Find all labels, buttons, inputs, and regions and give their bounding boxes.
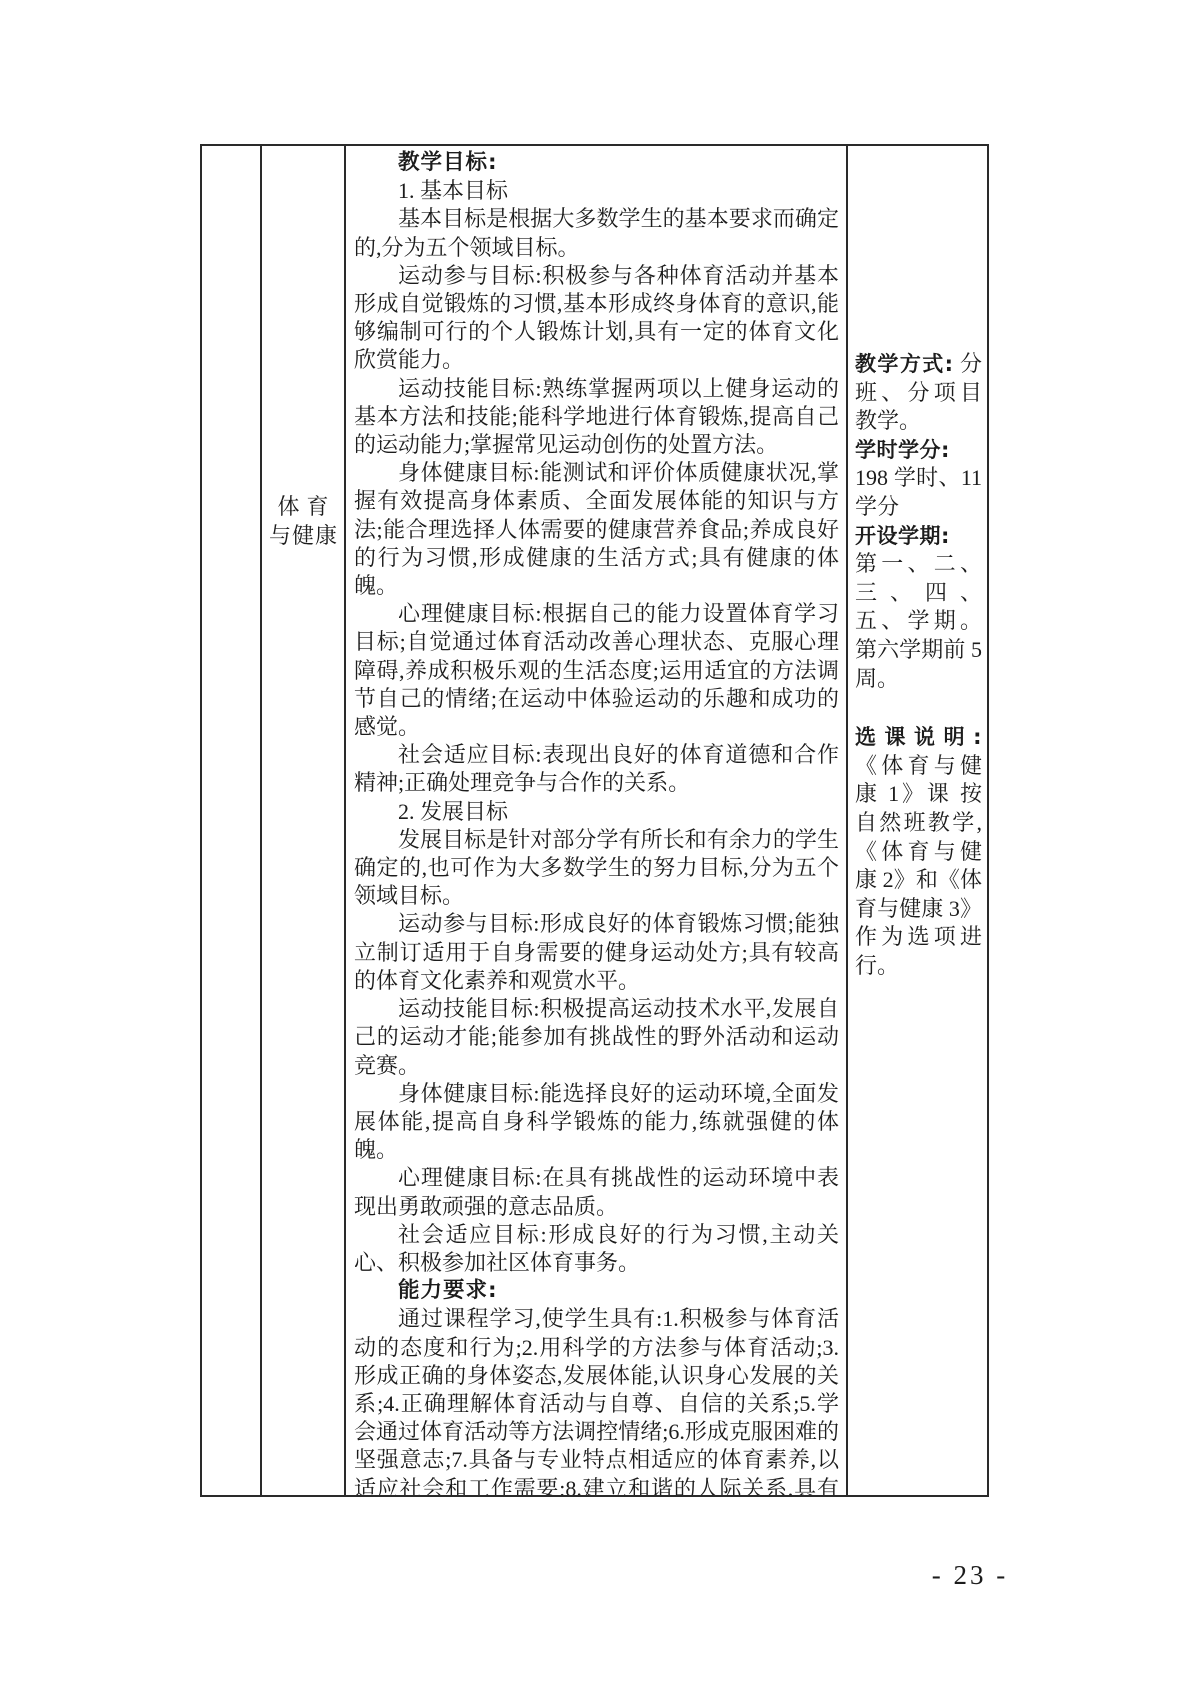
- paragraph: 社会适应目标:形成良好的行为习惯,主动关心、积极参加社区体育事务。: [354, 1221, 839, 1277]
- page-number: - 23 -: [922, 1560, 1018, 1591]
- paragraph: 运动参与目标:积极参与各种体育活动并基本形成自觉锻炼的习惯,基本形成终身体育的意…: [354, 262, 839, 375]
- course-name-line1: 体育: [262, 492, 344, 521]
- semesters-label: 开设学期:: [855, 522, 982, 551]
- paragraph: 运动技能目标:积极提高运动技术水平,发展自己的运动才能;能参加有挑战性的野外活动…: [354, 995, 839, 1080]
- course-selection-label: 选课说明:: [855, 725, 982, 749]
- semesters-value: 第一、二、三、四、五、学期。第六学期前 5 周。: [855, 551, 982, 690]
- paragraph: 社会适应目标:表现出良好的体育道德和合作精神;正确处理竞争与合作的关系。: [354, 741, 839, 797]
- objectives-heading: 教学目标:: [354, 149, 839, 177]
- credit-hours-block: 学时学分: 198 学时、11 学分: [855, 436, 982, 522]
- course-name-line2: 与健康: [262, 521, 344, 550]
- credit-hours-value: 198 学时、11 学分: [855, 465, 982, 519]
- table-col-empty: [202, 146, 262, 1495]
- paragraph: 基本目标是根据大多数学生的基本要求而确定的,分为五个领域目标。: [354, 205, 839, 261]
- objectives-item: 1. 基本目标: [354, 177, 839, 205]
- course-plan-table: 体育 与健康 教学目标: 1. 基本目标 基本目标是根据大多数学生的基本要求而确…: [200, 144, 989, 1497]
- paragraph: 通过课程学习,使学生具有:1.积极参与体育活动的态度和行为;2.用科学的方法参与…: [354, 1305, 839, 1495]
- table-col-course-name: 体育 与健康: [262, 146, 346, 1495]
- paragraph: 发展目标是针对部分学有所长和有余力的学生确定的,也可作为大多数学生的努力目标,分…: [354, 826, 839, 911]
- teaching-method-block: 教学方式: 分班、分项目教学。: [855, 350, 982, 436]
- paragraph: 运动参与目标:形成良好的体育锻炼习惯;能独立制订适用于自身需要的健身运动处方;具…: [354, 910, 839, 995]
- table-col-meta: 教学方式: 分班、分项目教学。 学时学分: 198 学时、11 学分 开设学期:…: [848, 146, 987, 1495]
- paragraph: 运动技能目标:熟练掌握两项以上健身运动的基本方法和技能;能科学地进行体育锻炼,提…: [354, 375, 839, 460]
- document-page: 体育 与健康 教学目标: 1. 基本目标 基本目标是根据大多数学生的基本要求而确…: [0, 0, 1191, 1684]
- table-col-objectives: 教学目标: 1. 基本目标 基本目标是根据大多数学生的基本要求而确定的,分为五个…: [346, 146, 848, 1495]
- course-selection-block: 选课说明: 《体育与健康 1》课 按自然班教学,《体育与健康 2》和《体育与健康…: [855, 723, 982, 980]
- paragraph: 心理健康目标:在具有挑战性的运动环境中表现出勇敢顽强的意志品质。: [354, 1164, 839, 1220]
- teaching-method-label: 教学方式:: [855, 352, 954, 376]
- paragraph: 身体健康目标:能测试和评价体质健康状况,掌握有效提高身体素质、全面发展体能的知识…: [354, 459, 839, 600]
- course-selection-value: 《体育与健康 1》课 按自然班教学,《体育与健康 2》和《体育与健康 3》作为选…: [855, 753, 982, 978]
- ability-requirements-heading: 能力要求:: [354, 1277, 839, 1305]
- semesters-block: 开设学期: 第一、二、三、四、五、学期。第六学期前 5 周。: [855, 522, 982, 694]
- credit-hours-label: 学时学分:: [855, 436, 982, 465]
- paragraph: 身体健康目标:能选择良好的运动环境,全面发展体能,提高自身科学锻炼的能力,练就强…: [354, 1080, 839, 1165]
- paragraph: 心理健康目标:根据自己的能力设置体育学习目标;自觉通过体育活动改善心理状态、克服…: [354, 600, 839, 741]
- objectives-item: 2. 发展目标: [354, 798, 839, 826]
